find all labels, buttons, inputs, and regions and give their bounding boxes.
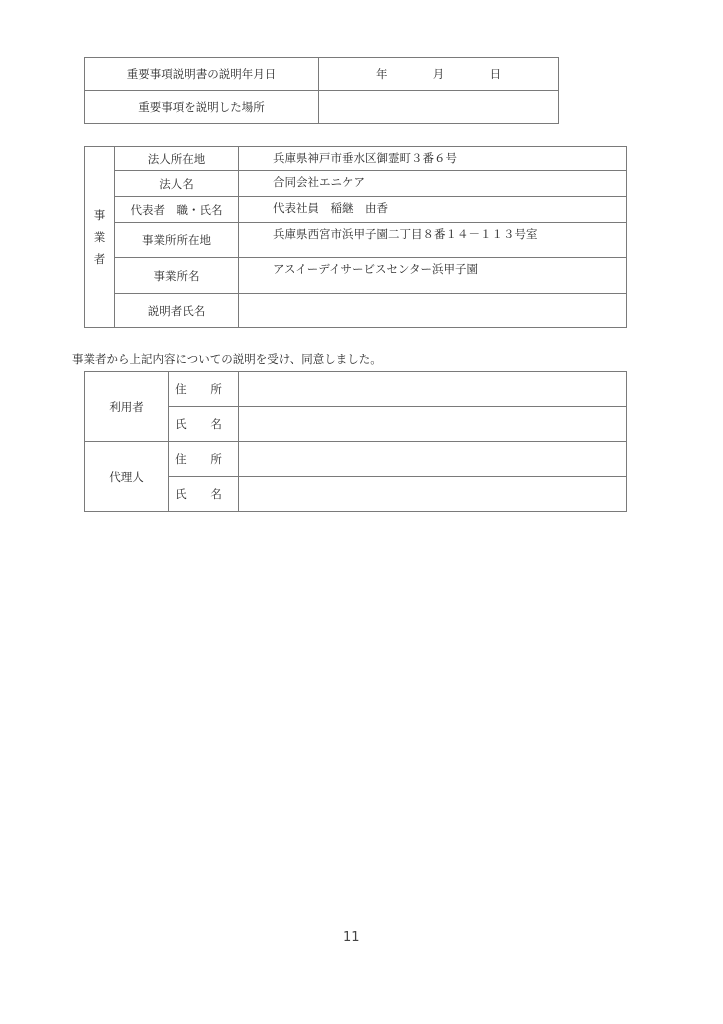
provider-table: 事 業 者 法人所在地 兵庫県神戸市垂水区御霊町３番６号 法人名 合同会社エニケ… (84, 146, 627, 328)
month-label: 月 (433, 67, 445, 81)
agent-group-label: 代理人 (85, 442, 169, 512)
corp-name-label: 法人名 (115, 171, 239, 197)
corp-name-value: 合同会社エニケア (239, 171, 627, 197)
agent-address-field[interactable] (239, 442, 627, 477)
table-row: 重要事項説明書の説明年月日 年 月 日 (85, 58, 559, 91)
explainer-name-field[interactable] (239, 294, 627, 328)
representative-value: 代表社員 稲継 由香 (239, 197, 627, 223)
signature-table: 利用者 住 所 氏 名 代理人 住 所 氏 名 (84, 371, 627, 512)
page-number: 11 (343, 930, 360, 945)
corp-address-value: 兵庫県神戸市垂水区御霊町３番６号 (239, 147, 627, 171)
office-name-label: 事業所名 (115, 258, 239, 294)
explainer-name-label: 説明者氏名 (115, 294, 239, 328)
table-row: 説明者氏名 (85, 294, 627, 328)
explanation-place-field[interactable] (319, 91, 559, 124)
table-row: 代表者 職・氏名 代表社員 稲継 由香 (85, 197, 627, 223)
user-name-field[interactable] (239, 407, 627, 442)
table-row: 利用者 住 所 (85, 372, 627, 407)
consent-statement: 事業者から上記内容についての説明を受け、同意しました。 (72, 351, 382, 367)
user-address-field[interactable] (239, 372, 627, 407)
office-address-value: 兵庫県西宮市浜甲子園二丁目８番１４－１１３号室 (239, 223, 627, 258)
table-row: 重要事項を説明した場所 (85, 91, 559, 124)
provider-group-label: 事 業 者 (85, 147, 115, 328)
explanation-date-place-table: 重要事項説明書の説明年月日 年 月 日 重要事項を説明した場所 (84, 57, 559, 124)
representative-label: 代表者 職・氏名 (115, 197, 239, 223)
table-row: 代理人 住 所 (85, 442, 627, 477)
table-row: 事 業 者 法人所在地 兵庫県神戸市垂水区御霊町３番６号 (85, 147, 627, 171)
year-label: 年 (376, 67, 388, 81)
office-name-value: アスイーデイサービスセンター浜甲子園 (239, 258, 627, 294)
day-label: 日 (490, 67, 502, 81)
explanation-place-label: 重要事項を説明した場所 (85, 91, 319, 124)
agent-name-field[interactable] (239, 477, 627, 512)
table-row: 法人名 合同会社エニケア (85, 171, 627, 197)
user-name-label: 氏 名 (169, 407, 239, 442)
explanation-date-field[interactable]: 年 月 日 (319, 58, 559, 91)
agent-address-label: 住 所 (169, 442, 239, 477)
table-row: 事業所名 アスイーデイサービスセンター浜甲子園 (85, 258, 627, 294)
office-address-label: 事業所所在地 (115, 223, 239, 258)
user-group-label: 利用者 (85, 372, 169, 442)
agent-name-label: 氏 名 (169, 477, 239, 512)
table-row: 事業所所在地 兵庫県西宮市浜甲子園二丁目８番１４－１１３号室 (85, 223, 627, 258)
user-address-label: 住 所 (169, 372, 239, 407)
corp-address-label: 法人所在地 (115, 147, 239, 171)
explanation-date-label: 重要事項説明書の説明年月日 (85, 58, 319, 91)
